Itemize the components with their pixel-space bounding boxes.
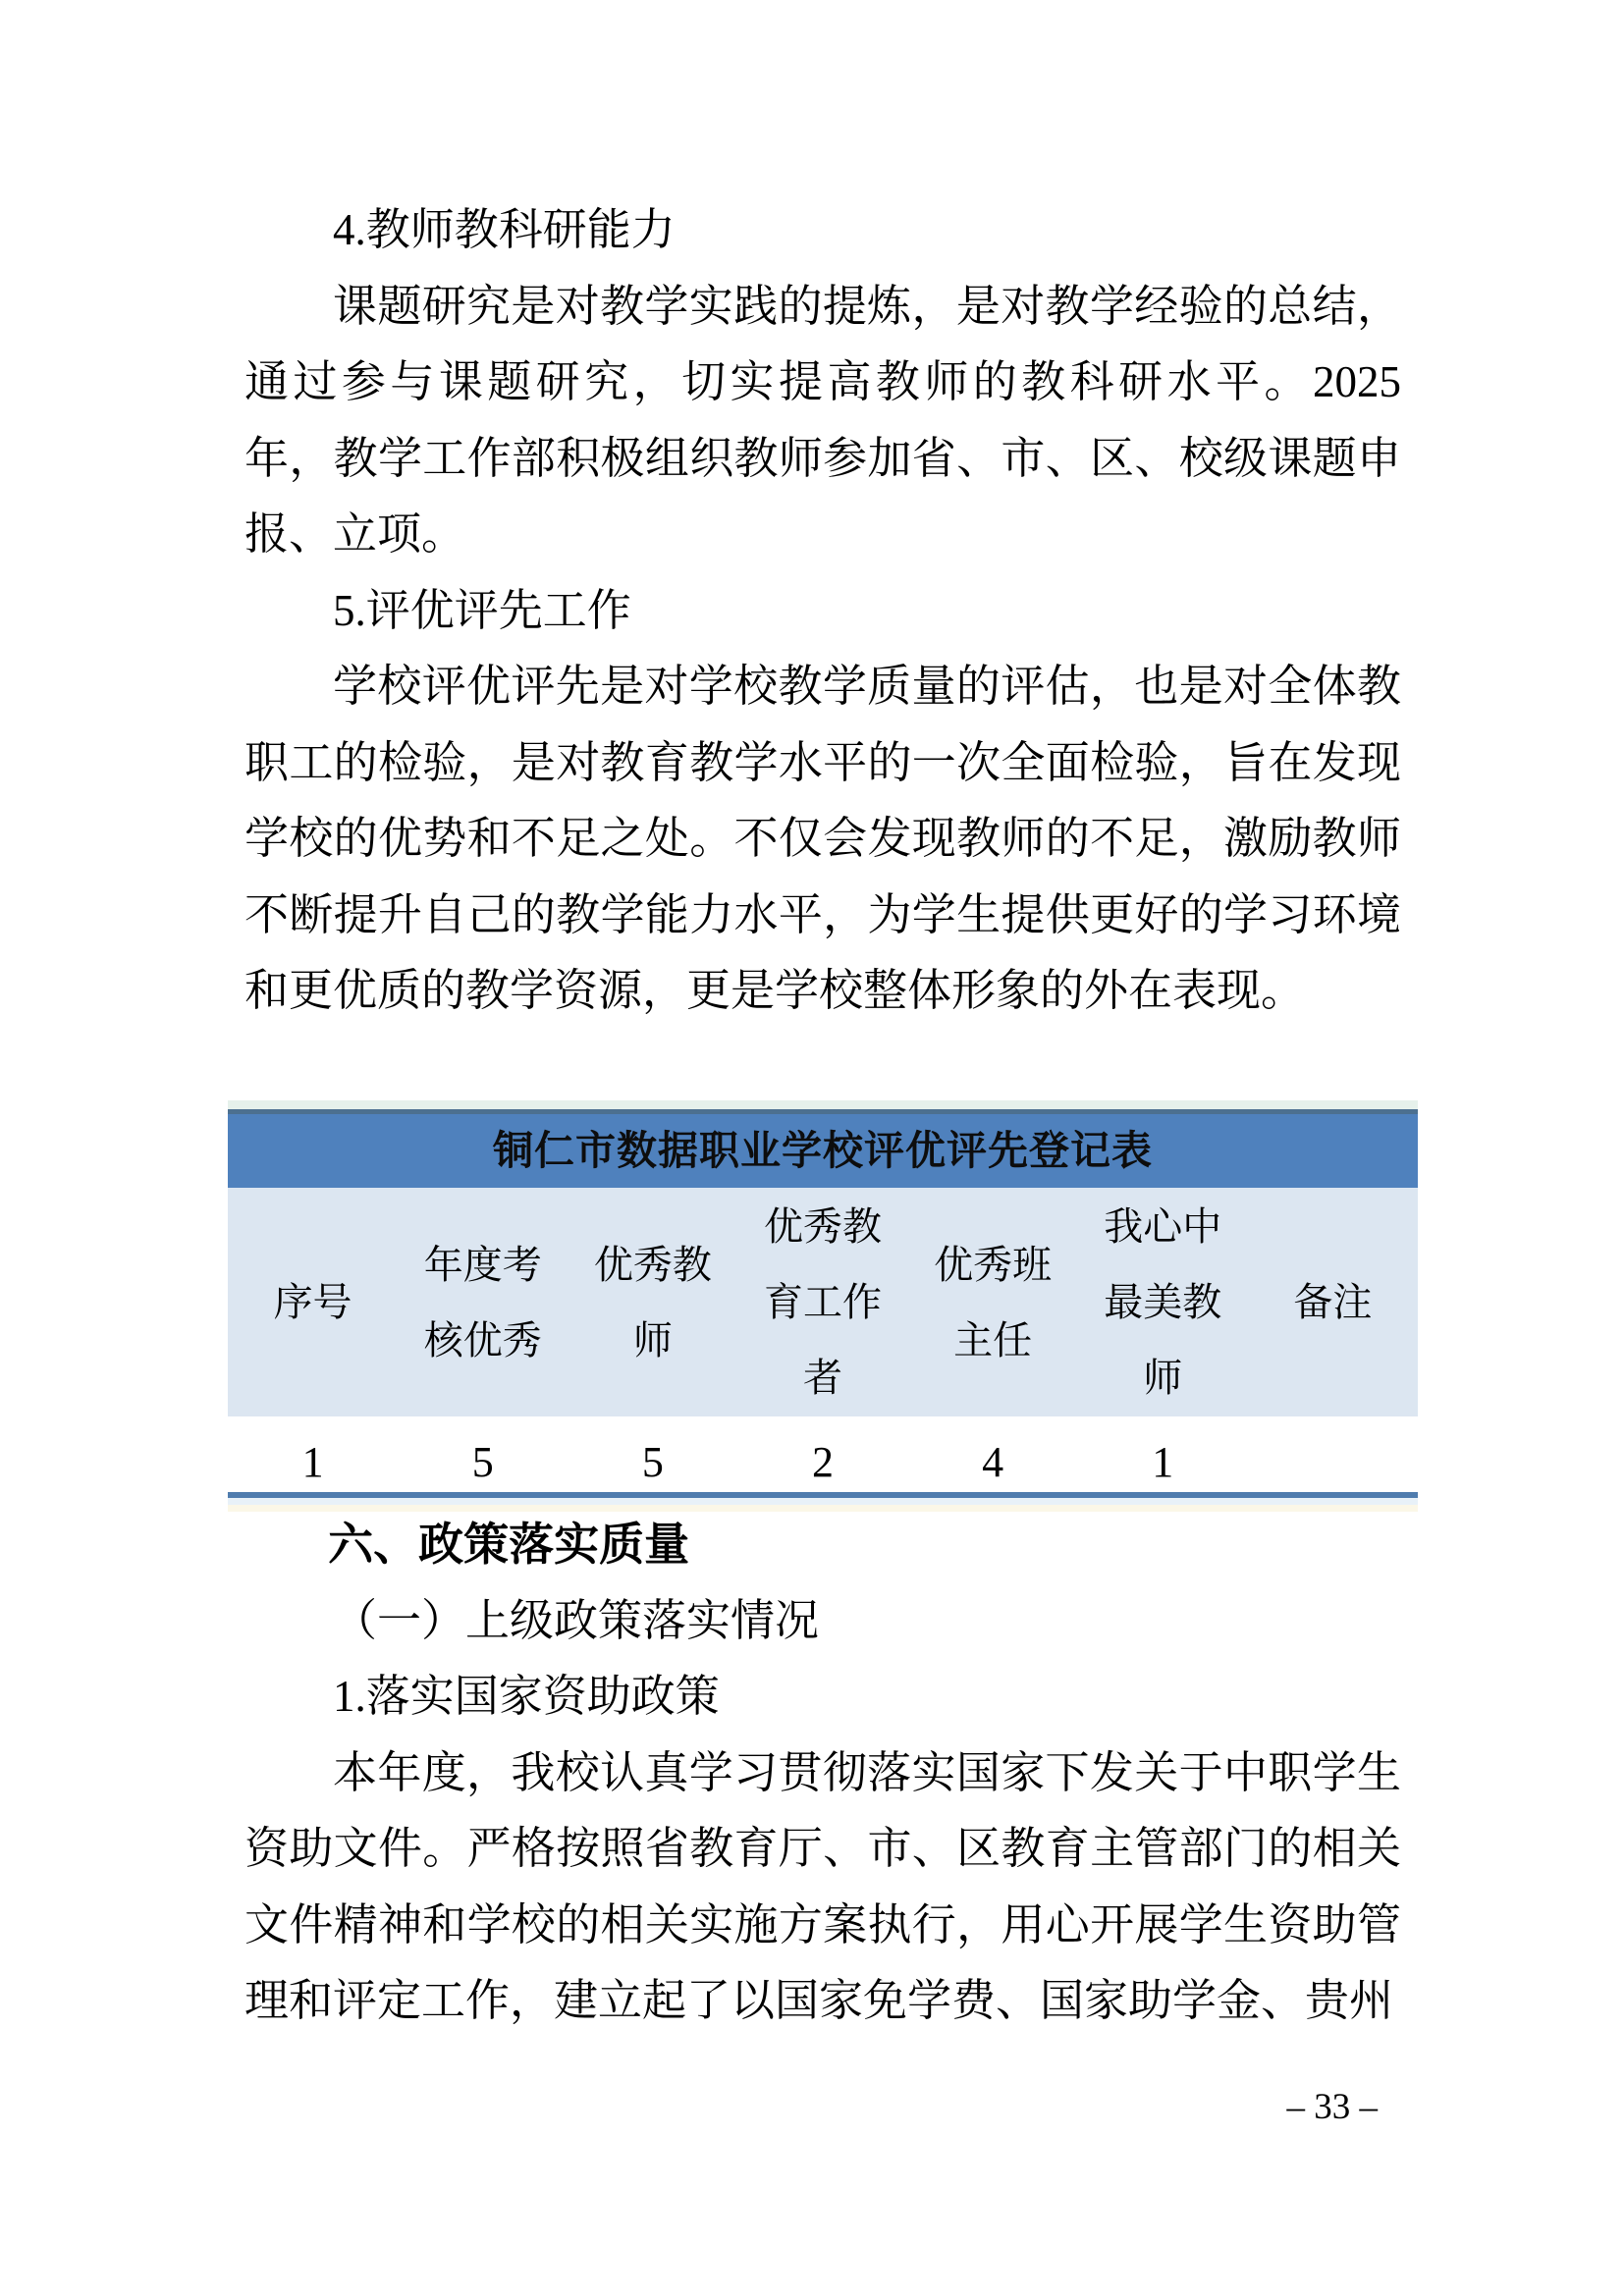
subheading-upper-policy: （一）上级政策落实情况	[244, 1583, 1401, 1660]
table-bottom-trim-light	[228, 1498, 1418, 1505]
table-data-cell: 1	[1078, 1416, 1248, 1492]
table-data-cell: 1	[228, 1416, 398, 1492]
table-header-cell-teacher: 优秀教 师	[568, 1188, 737, 1416]
subheading-national-funding: 1.落实国家资助政策	[244, 1659, 1401, 1735]
table-data-cell: 5	[568, 1416, 737, 1492]
page-number: – 33 –	[1287, 2085, 1379, 2129]
table-top-trim-light	[228, 1100, 1418, 1109]
table-header-cell-headteacher: 优秀班 主任	[908, 1188, 1078, 1416]
paragraph-award-work: 学校评优评先是对学校教学质量的评估，也是对全体教职工的检验，是对教育教学水平的一…	[244, 649, 1401, 1030]
table-data-cell: 5	[398, 1416, 568, 1492]
heading-teacher-research: 4.教师教科研能力	[244, 192, 1401, 269]
award-registration-table: 铜仁市数据职业学校评优评先登记表 序号 年度考 核优秀 优秀教 师 优秀教 育工…	[228, 1100, 1418, 1512]
table-data-cell	[1248, 1416, 1418, 1492]
table-header-row: 序号 年度考 核优秀 优秀教 师 优秀教 育工作 者 优秀班 主任 我心中 最美…	[228, 1188, 1418, 1416]
table-header-cell-favorite: 我心中 最美教 师	[1078, 1188, 1248, 1416]
table-header-cell-remark: 备注	[1248, 1188, 1418, 1416]
table-data-row: 1 5 5 2 4 1	[228, 1416, 1418, 1492]
table-header-cell-educator: 优秀教 育工作 者	[737, 1188, 907, 1416]
table-header-cell-annual: 年度考 核优秀	[398, 1188, 568, 1416]
table-data-cell: 4	[908, 1416, 1078, 1492]
heading-award-work: 5.评优评先工作	[244, 573, 1401, 650]
section-top-text: 4.教师教科研能力 课题研究是对教学实践的提炼，是对教学经验的总结，通过参与课题…	[244, 192, 1401, 1030]
table-data-cell: 2	[737, 1416, 907, 1492]
table-header-cell-index: 序号	[228, 1188, 398, 1416]
heading-policy-quality: 六、政策落实质量	[244, 1507, 1401, 1583]
table-title: 铜仁市数据职业学校评优评先登记表	[228, 1114, 1418, 1188]
section-bottom-text: 六、政策落实质量 （一）上级政策落实情况 1.落实国家资助政策 本年度，我校认真…	[244, 1507, 1401, 2040]
paragraph-funding-policy: 本年度，我校认真学习贯彻落实国家下发关于中职学生资助文件。严格按照省教育厅、市、…	[244, 1735, 1401, 2040]
document-page: 4.教师教科研能力 课题研究是对教学实践的提炼，是对教学经验的总结，通过参与课题…	[0, 0, 1624, 2296]
paragraph-teacher-research: 课题研究是对教学实践的提炼，是对教学经验的总结，通过参与课题研究，切实提高教师的…	[244, 269, 1401, 573]
